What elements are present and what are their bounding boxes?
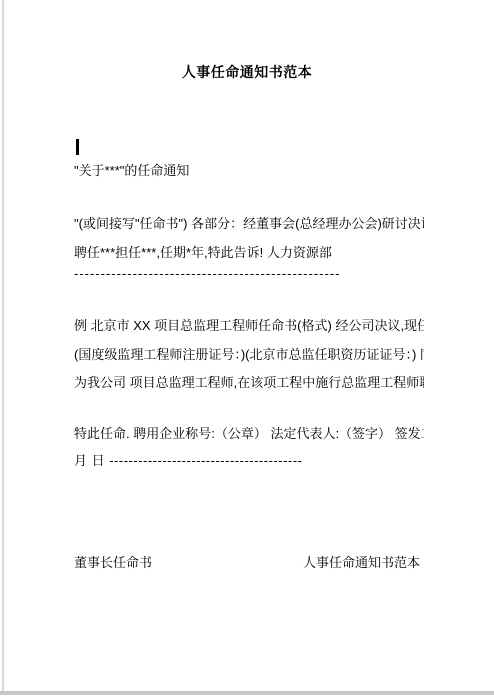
footer-right-label: 人事任命通知书范本 [303, 552, 420, 571]
signoff-paragraph-line-1: 特此任命. 聘用企业称号:（公章） 法定代表人:（签字） 签发工夫: 年 [74, 426, 424, 442]
appointment-paragraph-line-2: 聘任***担任***,任期*年,特此告诉! 人力资源部 [74, 245, 424, 261]
document-page[interactable]: 人事任命通知书范本 "关于***"的任命通知 "(或间接写"任命书") 各部分：… [0, 0, 494, 699]
subject-line: "关于***"的任命通知 [74, 163, 424, 179]
example-paragraph-line-2: (国度级监理工程师注册证号：)(北京市总监任职资历证证号：) 同道 [74, 347, 424, 363]
example-paragraph-line-1: 例 北京市 XX 项目总监理工程师任命书(格式) 经公司决议,现任命 [74, 318, 424, 334]
signoff-paragraph-line-2: 月 日 ------------------------------------… [74, 453, 424, 469]
footer-left-label: 董事长任命书 [74, 552, 152, 571]
document-title: 人事任命通知书范本 [0, 62, 494, 82]
dashed-divider-1: ----------------------------------------… [74, 266, 424, 282]
text-cursor-caret [76, 139, 79, 155]
page-bottom-edge [0, 691, 494, 695]
page-left-edge [2, 0, 4, 691]
footer-row: 董事长任命书 人事任命通知书范本 [74, 552, 420, 571]
appointment-paragraph-line-1: "(或间接写"任命书") 各部分：经董事会(总经理办公会)研讨决议,现 [74, 216, 424, 232]
example-paragraph-line-3: 为我公司 项目总监理工程师,在该项工程中施行总监理工程师职责. [74, 375, 424, 391]
